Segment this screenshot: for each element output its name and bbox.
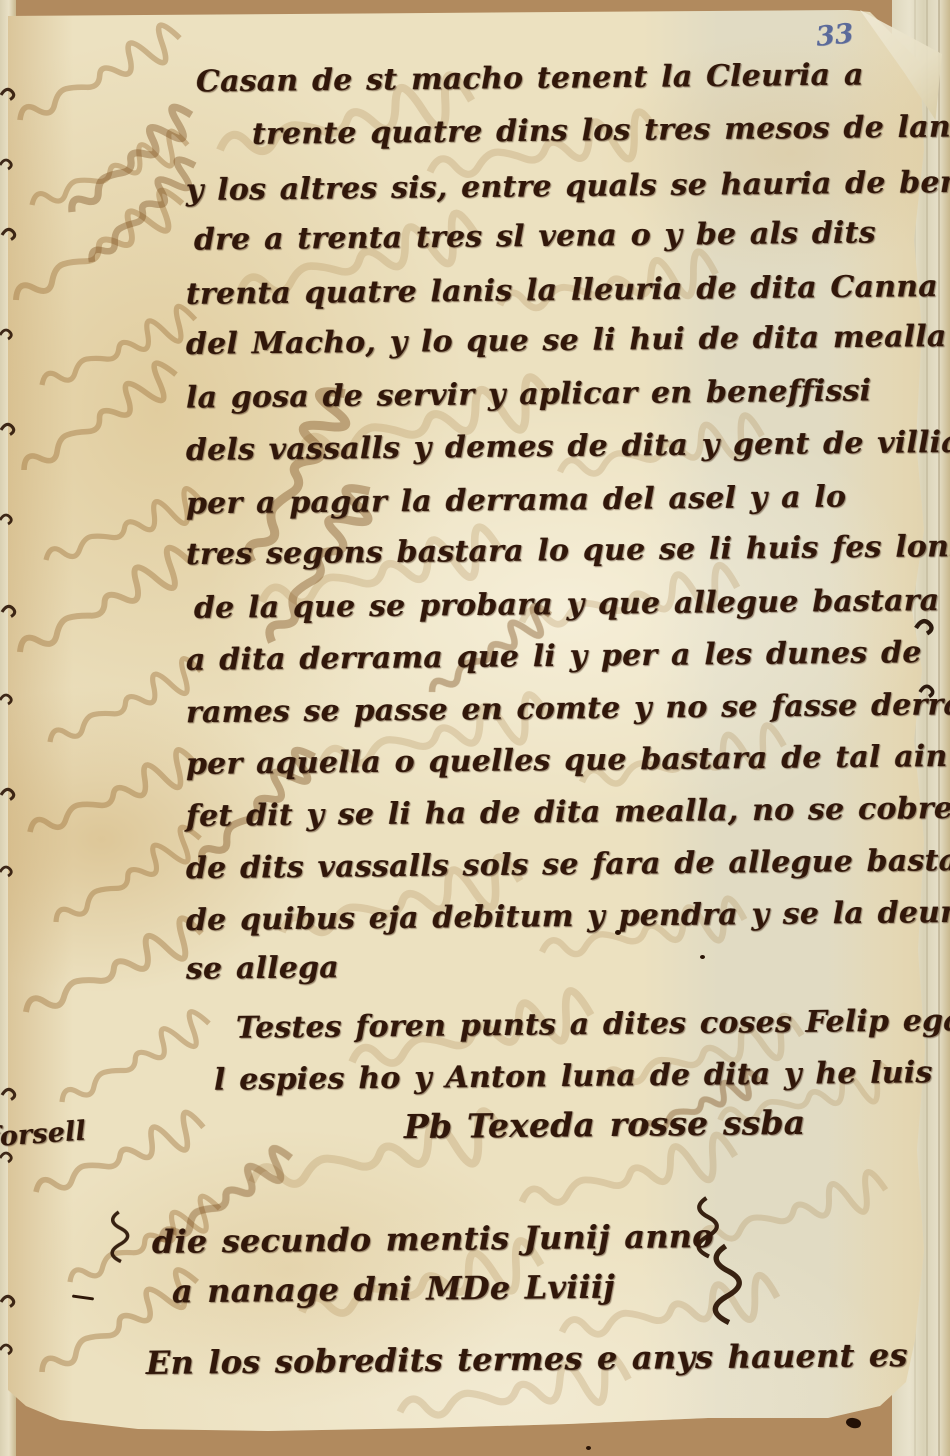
dating-line: a nanage dni MDe Lviiij	[172, 1270, 615, 1309]
ink-speck	[615, 930, 621, 935]
page-edge-streak	[938, 0, 940, 1456]
manuscript-scan: { "page": { "folio_number": "33", "margi…	[0, 0, 950, 1456]
ink-speck	[586, 1446, 591, 1450]
page-edge-streak	[926, 0, 928, 1456]
dating-line: die secundo mentis Junij anno	[152, 1219, 714, 1259]
manuscript-line: Casan de st macho tenent la Cleuria a	[196, 59, 864, 100]
notary-signature: Pb Texeda rosse ssba	[404, 1106, 806, 1144]
ink-blot	[845, 1416, 863, 1431]
ink-speck	[700, 955, 705, 959]
manuscript-line: per a pagar la derrama del asel y a lo	[186, 481, 847, 522]
manuscript-line: la gosa de servir y aplicar en beneffiss…	[186, 374, 872, 415]
manuscript-line: dre a trenta tres sl vena o y be als dit…	[194, 216, 876, 257]
dating-line: En los sobredits termes e anys hauent es	[146, 1338, 908, 1380]
manuscript-line: se allega	[186, 951, 339, 987]
margin-note: forsell	[0, 1115, 87, 1156]
folio-number: 33	[814, 18, 855, 53]
manuscript-line: trente quatre dins los tres mesos de lan…	[252, 110, 950, 152]
